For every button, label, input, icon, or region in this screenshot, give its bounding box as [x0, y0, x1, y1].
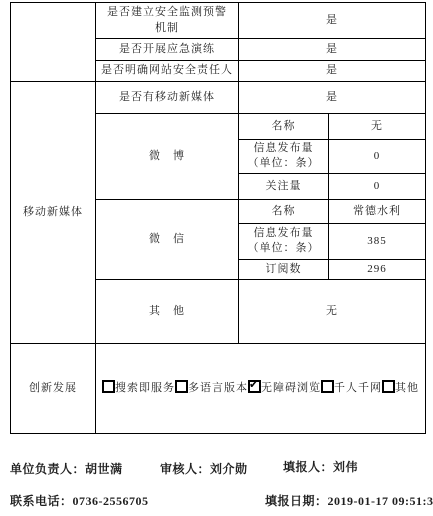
unit-head-value: 胡世满: [85, 462, 123, 476]
security-responsible-label: 是否明确网站安全责任人: [96, 61, 239, 82]
weibo-posts-label: 信息发布量 （单位：条）: [239, 140, 329, 174]
wechat-name-value: 常德水利: [329, 199, 426, 223]
wechat-posts-value: 385: [329, 223, 426, 259]
section-cell-blank: [11, 3, 96, 82]
reviewer-label: 审核人：: [160, 462, 210, 476]
reviewer-field: 审核人：刘介勋: [160, 460, 248, 477]
mobile-media-section-label: 移动新媒体: [11, 82, 96, 344]
security-responsible-value: 是: [239, 61, 426, 82]
checkbox-label: 其他: [395, 382, 419, 394]
wechat-subscribers-value: 296: [329, 259, 426, 279]
emergency-drill-value: 是: [239, 39, 426, 61]
unit-head-field: 单位负责人：胡世满: [10, 460, 123, 477]
checkbox-icon: [321, 380, 334, 393]
wechat-subscribers-label: 订阅数: [239, 259, 329, 279]
phone-field: 联系电话：0736-2556705: [10, 492, 149, 509]
filler-label: 填报人：: [283, 460, 333, 474]
weibo-label: 微 博: [96, 114, 239, 200]
security-monitor-value: 是: [239, 3, 426, 39]
wechat-name-label: 名称: [239, 199, 329, 223]
other-media-label: 其 他: [96, 279, 239, 343]
checkbox-label: 千人千网: [334, 382, 382, 394]
checkbox-icon: [382, 380, 395, 393]
option-personalized-web: 千人千网: [321, 382, 382, 394]
other-media-value: 无: [239, 279, 426, 343]
option-accessible-browsing: 无障碍浏览: [248, 382, 321, 394]
filler-field: 填报人：刘伟: [283, 458, 358, 475]
checkbox-icon: [175, 380, 188, 393]
has-mobile-media-value: 是: [239, 82, 426, 114]
weibo-posts-value: 0: [329, 140, 426, 174]
checkbox-icon: [102, 380, 115, 393]
emergency-drill-label: 是否开展应急演练: [96, 39, 239, 61]
reviewer-value: 刘介勋: [210, 462, 248, 476]
checkbox-label: 搜索即服务: [115, 382, 175, 394]
report-date-field: 填报日期：2019-01-17 09:51:37: [265, 492, 433, 509]
weibo-name-label: 名称: [239, 114, 329, 140]
option-search-service: 搜索即服务: [102, 382, 175, 394]
checkbox-icon: [248, 380, 261, 393]
innovation-section-label: 创新发展: [11, 343, 96, 433]
option-other: 其他: [382, 382, 419, 394]
wechat-label: 微 信: [96, 199, 239, 279]
table-row: 是否建立安全监测预警 机制 是: [11, 3, 426, 39]
has-mobile-media-label: 是否有移动新媒体: [96, 82, 239, 114]
checkbox-label: 多语言版本: [188, 382, 248, 394]
phone-value: 0736-2556705: [73, 494, 149, 508]
weibo-name-value: 无: [329, 114, 426, 140]
report-date-label: 填报日期：: [265, 494, 328, 508]
report-date-value: 2019-01-17 09:51:37: [328, 494, 433, 508]
checkbox-label: 无障碍浏览: [261, 382, 321, 394]
table-row: 移动新媒体 是否有移动新媒体 是: [11, 82, 426, 114]
innovation-options: 搜索即服务多语言版本无障碍浏览千人千网其他: [96, 343, 426, 433]
unit-head-label: 单位负责人：: [10, 462, 85, 476]
phone-label: 联系电话：: [10, 494, 73, 508]
weibo-followers-label: 关注量: [239, 173, 329, 199]
filler-value: 刘伟: [333, 460, 358, 474]
option-multilanguage: 多语言版本: [175, 382, 248, 394]
table-row: 创新发展 搜索即服务多语言版本无障碍浏览千人千网其他: [11, 343, 426, 433]
security-monitor-label: 是否建立安全监测预警 机制: [96, 3, 239, 39]
wechat-posts-label: 信息发布量 （单位：条）: [239, 223, 329, 259]
annual-report-table: 是否建立安全监测预警 机制 是 是否开展应急演练 是 是否明确网站安全责任人 是…: [10, 2, 426, 434]
weibo-followers-value: 0: [329, 173, 426, 199]
